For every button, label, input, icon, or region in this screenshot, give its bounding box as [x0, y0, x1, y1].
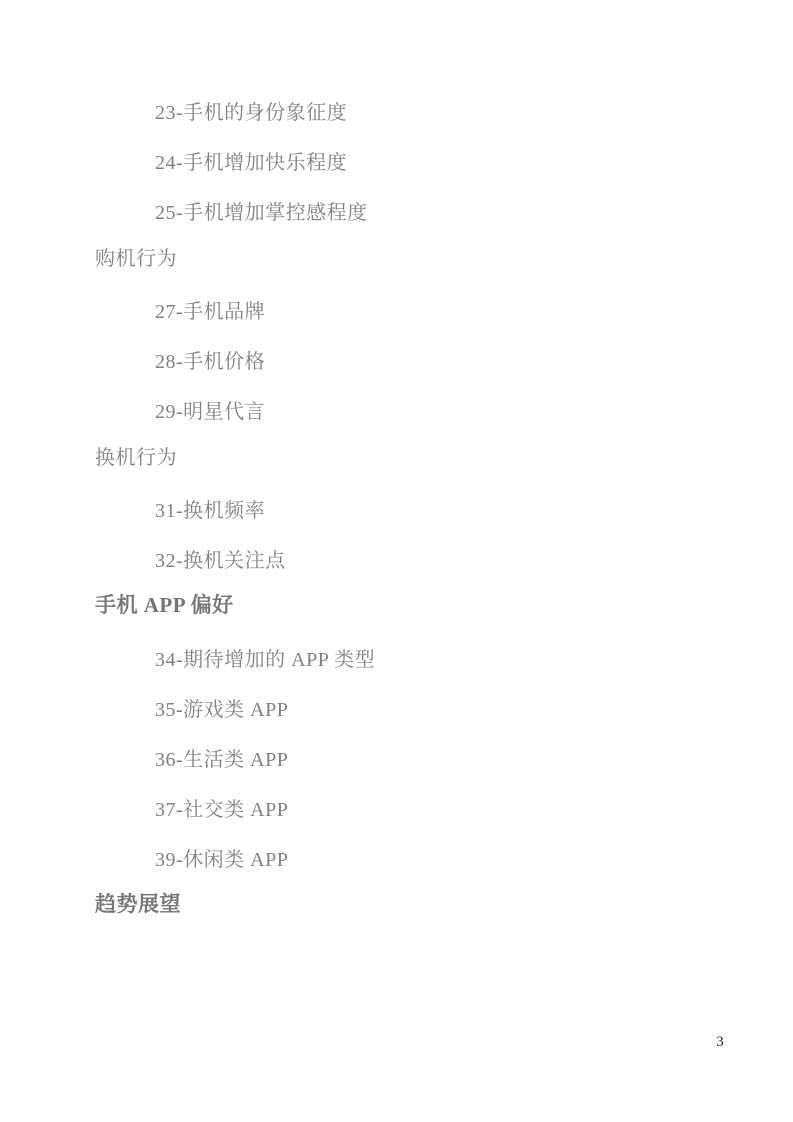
- page-number: 3: [712, 1034, 728, 1051]
- toc-entry-label: 24-手机增加快乐程度: [155, 146, 347, 175]
- toc-entry: 27-手机品牌: [0, 284, 793, 334]
- toc-entry-label: 手机 APP 偏好: [95, 589, 234, 619]
- toc-chapter-heading: 手机 APP 偏好: [0, 579, 793, 629]
- toc-entry-label: 37-社交类 APP: [155, 793, 288, 822]
- toc-entry-label: 28-手机价格: [155, 345, 265, 374]
- toc-section-heading: 购机行为: [0, 231, 793, 281]
- table-of-contents: 23-手机的身份象征度 24-手机增加快乐程度 25-手机增加掌控感程度 购机行…: [0, 0, 793, 928]
- toc-entry: 34-期待增加的 APP 类型: [0, 632, 793, 682]
- toc-entry-label: 36-生活类 APP: [155, 743, 288, 772]
- toc-entry: 29-明星代言: [0, 384, 793, 434]
- toc-entry-label: 31-换机频率: [155, 494, 265, 523]
- toc-entry: 28-手机价格: [0, 334, 793, 384]
- toc-entry-label: 35-游戏类 APP: [155, 693, 288, 722]
- toc-entry: 36-生活类 APP: [0, 732, 793, 782]
- toc-entry-label: 34-期待增加的 APP 类型: [155, 643, 375, 672]
- toc-entry-label: 32-换机关注点: [155, 544, 286, 573]
- toc-entry: 25-手机增加掌控感程度: [0, 185, 793, 235]
- toc-entry-label: 购机行为: [95, 242, 177, 271]
- toc-entry-label: 25-手机增加掌控感程度: [155, 196, 368, 225]
- toc-entry: 32-换机关注点: [0, 533, 793, 583]
- toc-entry-label: 趋势展望: [95, 888, 181, 918]
- toc-entry-label: 39-休闲类 APP: [155, 843, 288, 872]
- toc-entry: 39-休闲类 APP: [0, 832, 793, 882]
- document-page: 23-手机的身份象征度 24-手机增加快乐程度 25-手机增加掌控感程度 购机行…: [0, 0, 793, 1122]
- toc-entry: 37-社交类 APP: [0, 782, 793, 832]
- toc-entry-label: 23-手机的身份象征度: [155, 96, 347, 125]
- toc-entry-label: 换机行为: [95, 441, 177, 470]
- toc-entry: 24-手机增加快乐程度: [0, 135, 793, 185]
- toc-chapter-heading: 趋势展望: [0, 878, 793, 928]
- toc-entry: 31-换机频率: [0, 483, 793, 533]
- toc-section-heading: 换机行为: [0, 430, 793, 480]
- toc-entry: 35-游戏类 APP: [0, 682, 793, 732]
- toc-entry-label: 27-手机品牌: [155, 295, 265, 324]
- toc-entry: 23-手机的身份象征度: [0, 85, 793, 135]
- toc-entry-label: 29-明星代言: [155, 395, 265, 424]
